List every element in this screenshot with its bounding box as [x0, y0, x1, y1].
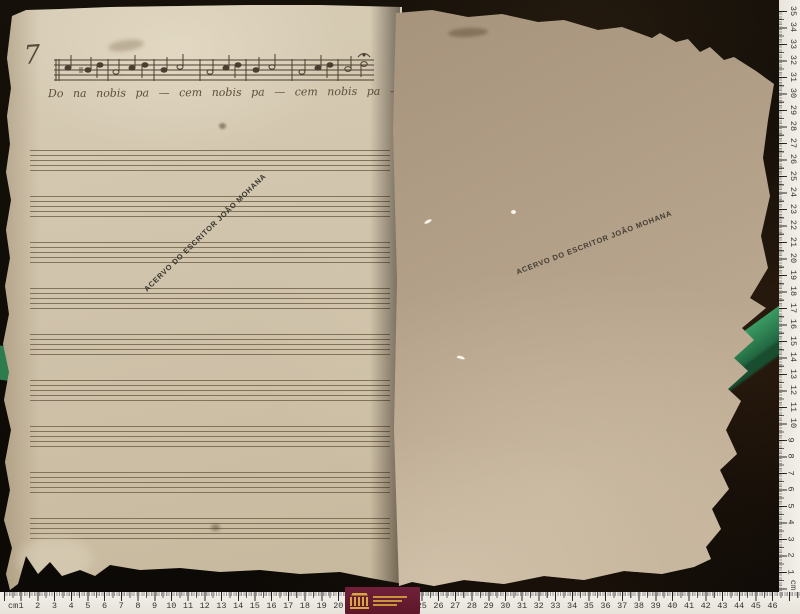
collection-stamp-left: ACERVO DO ESCRITOR JOÃO MOHANA	[138, 167, 272, 297]
ruler-number: 31	[517, 601, 527, 611]
ruler-number: 7	[119, 601, 124, 611]
ruler-number: 20	[788, 253, 798, 263]
ruler-unit-label: cm	[788, 580, 798, 590]
ruler-number: 6	[786, 486, 796, 491]
ruler-number: 28	[788, 121, 798, 131]
ruler-number: 2	[786, 552, 796, 557]
ruler-number: 36	[600, 601, 610, 611]
ruler-number: 38	[634, 601, 644, 611]
ruler-number: 43	[717, 601, 727, 611]
paper-stain	[448, 27, 488, 38]
ruler-number: 27	[788, 137, 798, 147]
ruler-number: 14	[788, 352, 798, 362]
ruler-number: 40	[667, 601, 677, 611]
ruler-number: 3	[52, 601, 57, 611]
ruler-number: 41	[684, 601, 694, 611]
ruler-number: 10	[166, 601, 176, 611]
ruler-number: 9	[786, 437, 796, 442]
paper-speck	[424, 218, 432, 224]
ruler-number: 15	[250, 601, 260, 611]
ruler-number: 35	[788, 5, 798, 15]
ruler-number: 15	[788, 335, 798, 345]
badge-text-lines	[373, 596, 407, 606]
ruler-number: 2	[35, 601, 40, 611]
ruler-number: 19	[316, 601, 326, 611]
ruler-number: 46	[767, 601, 777, 611]
ruler-number: 14	[233, 601, 243, 611]
ruler-number: 27	[450, 601, 460, 611]
ruler-number: 5	[786, 503, 796, 508]
ruler-number: 12	[200, 601, 210, 611]
ruler-number: 32	[534, 601, 544, 611]
ruler-number: 7	[786, 470, 796, 475]
ruler-number: 18	[300, 601, 310, 611]
institution-logo-badge	[345, 587, 420, 614]
ruler-number: 18	[788, 286, 798, 296]
ruler-number: 32	[788, 55, 798, 65]
ruler-number: 13	[216, 601, 226, 611]
ruler-number: 5	[85, 601, 90, 611]
ruler-number: 13	[788, 368, 798, 378]
ruler-number: 12	[788, 385, 798, 395]
empty-staff	[30, 518, 390, 539]
ruler-number: 8	[135, 601, 140, 611]
paper-stain	[219, 123, 226, 129]
ruler-number: 11	[183, 601, 193, 611]
ruler-number: 26	[433, 601, 443, 611]
lyrics-line: Do na nobis pa — cem nobis pa — cem nobi…	[48, 85, 378, 100]
ruler-number: 8	[786, 453, 796, 458]
ruler-number: 4	[786, 519, 796, 524]
empty-staff	[30, 242, 390, 263]
ruler-number: 34	[788, 22, 798, 32]
ruler-number: 34	[567, 601, 577, 611]
empty-staff	[30, 150, 390, 171]
paper-wear	[18, 538, 93, 580]
ruler-number: 21	[788, 236, 798, 246]
ruler-number: 11	[788, 401, 798, 411]
ruler-number: 23	[788, 203, 798, 213]
empty-staff	[30, 426, 390, 447]
ruler-number: 31	[788, 71, 798, 81]
ruler-number: 20	[333, 601, 343, 611]
ruler-number: 24	[788, 187, 798, 197]
building-icon	[350, 593, 369, 609]
ruler-number: 35	[584, 601, 594, 611]
ruler-number: 39	[650, 601, 660, 611]
ruler-number: 3	[786, 536, 796, 541]
empty-staff	[30, 380, 390, 401]
ruler-number: 25	[788, 170, 798, 180]
ruler-number: 30	[500, 601, 510, 611]
horizontal-cm-ruler: cm 1234567891011121314151617181920212223…	[0, 592, 800, 614]
ruler-unit-label: cm	[8, 601, 18, 611]
ruler-number: 45	[751, 601, 761, 611]
ruler-number: 9	[152, 601, 157, 611]
ruler-number: 28	[467, 601, 477, 611]
ruler-number: 44	[734, 601, 744, 611]
vertical-cm-ruler: cm 1234567891011121314151617181920212223…	[779, 0, 800, 592]
ruler-number: 1	[786, 569, 796, 574]
ruler-number: 1	[18, 601, 23, 611]
ruler-number: 42	[701, 601, 711, 611]
photograph-stage: 7	[0, 0, 800, 614]
ruler-number: 26	[788, 154, 798, 164]
ruler-number: 33	[550, 601, 560, 611]
ruler-number: 37	[617, 601, 627, 611]
empty-staff	[30, 196, 390, 217]
empty-staff	[30, 288, 390, 309]
ruler-number: 22	[788, 220, 798, 230]
paper-speck	[457, 355, 466, 360]
ruler-number: 29	[483, 601, 493, 611]
ruler-number: 10	[788, 418, 798, 428]
paper-speck	[511, 210, 516, 214]
ruler-number: 16	[788, 319, 798, 329]
ruler-number: 17	[788, 302, 798, 312]
collection-stamp-right: ACERVO DO ESCRITOR JOÃO MOHANA	[509, 206, 678, 278]
ruler-number: 6	[102, 601, 107, 611]
ruler-number: 29	[788, 104, 798, 114]
ruler-number: 19	[788, 269, 798, 279]
ruler-number: 30	[788, 88, 798, 98]
paper-stain	[211, 524, 220, 531]
ruler-number: 16	[266, 601, 276, 611]
ruler-number: 33	[788, 38, 798, 48]
ruler-number: 4	[69, 601, 74, 611]
empty-staff	[30, 472, 390, 493]
ruler-number: 17	[283, 601, 293, 611]
empty-staff	[30, 334, 390, 355]
